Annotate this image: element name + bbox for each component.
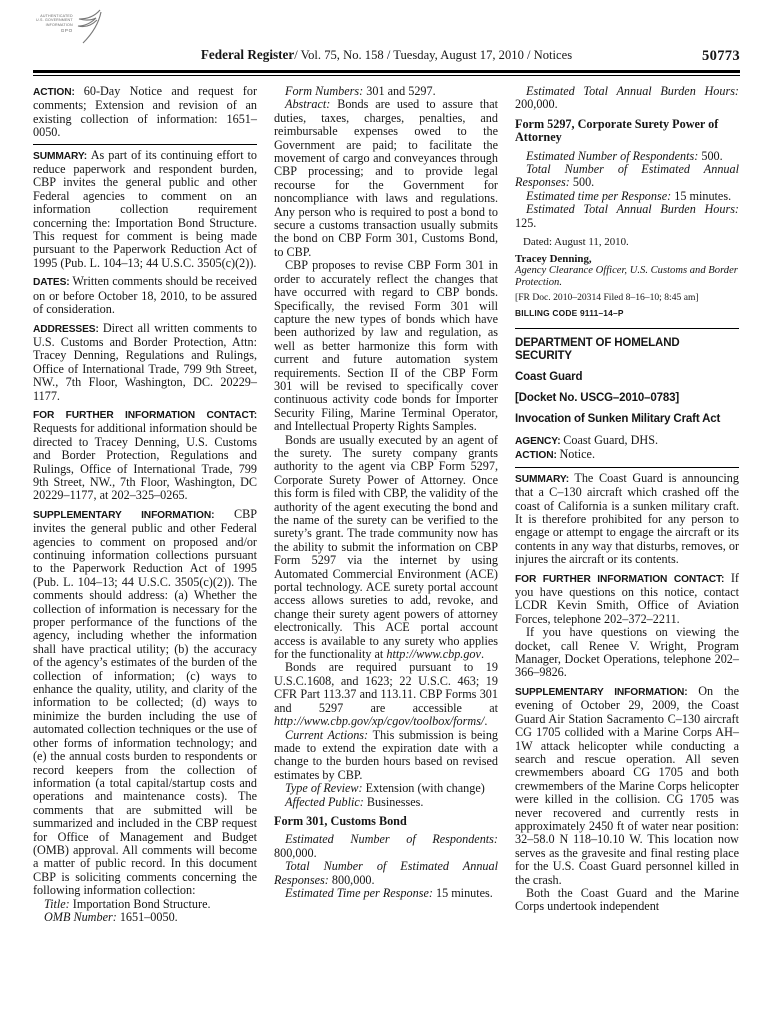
page-number: 50773 [702,48,740,65]
header-title: Federal Register/ Vol. 75, No. 158 / Tue… [201,48,572,62]
action-label: ACTION: [515,450,559,461]
bonds-required-text: Bonds are required pursuant to 19 U.S.C.… [274,660,498,714]
form-numbers-value: 301 and 5297. [366,84,435,98]
respondents-label: Estimated Number of Respondents: [285,832,498,846]
agency-label: AGENCY: [515,436,563,447]
current-actions-label: Current Actions: [285,728,373,742]
type-of-review-label: Type of Review: [285,781,366,795]
respondents-value: 500. [701,149,722,163]
responses-5297-line: Total Number of Estimated Annual Respons… [515,163,739,190]
summary-text: As part of its continuing effort to redu… [33,148,257,270]
agency-text: Coast Guard, DHS. [563,433,658,447]
affected-public-label: Affected Public: [285,795,367,809]
docket-questions-paragraph: If you have questions on viewing the doc… [515,626,739,680]
docket-number-line: [Docket No. USCG–2010–0783] [515,392,739,405]
burden-hours-5297-line: Estimated Total Annual Burden Hours:125. [515,203,739,230]
document-body: ACTION:60-Day Notice and request for com… [33,85,740,924]
action-label: ACTION: [33,87,84,98]
signature-name: Tracey Denning, [515,253,739,266]
burden-hours-value: 125. [515,216,536,230]
addresses-label: ADDRESSES: [33,324,103,335]
time-5297-line: Estimated time per Response:15 minutes. [515,190,739,203]
title-label: Title: [44,897,73,911]
supplementary-paragraph: SUPPLEMENTARY INFORMATION:CBP invites th… [33,508,257,898]
dates-label: DATES: [33,277,72,288]
affected-public-line: Affected Public:Businesses. [274,796,498,809]
type-of-review-line: Type of Review:Extension (with change) [274,782,498,795]
title-value: Importation Bond Structure. [73,897,211,911]
burden-hours-label: Estimated Total Annual Burden Hours: [526,202,739,216]
summary-paragraph: SUMMARY:The Coast Guard is announcing th… [515,472,739,567]
revision-text: CBP proposes to revise CBP Form 301 in o… [274,258,498,433]
supplementary-paragraph: SUPPLEMENTARY INFORMATION:On the evening… [515,685,739,887]
form-numbers-label: Form Numbers: [285,84,366,98]
action-text: Notice. [559,447,595,461]
department-heading: DEPARTMENT OF HOMELAND SECURITY [515,337,739,363]
column-1: ACTION:60-Day Notice and request for com… [33,85,257,924]
respondents-label: Estimated Number of Respondents: [526,149,701,163]
forms-url: http://www.cbp.gov/xp/cgov/toolbox/forms… [274,714,484,728]
responses-label: Total Number of Estimated Annual Respons… [515,162,739,189]
journal-name: Federal Register [201,47,294,62]
coast-guard-heading: Coast Guard [515,371,739,384]
action-paragraph: ACTION:Notice. [515,448,739,462]
burden-hours-value: 200,000. [515,97,558,111]
section-divider [515,467,739,468]
page-header: Federal Register/ Vol. 75, No. 158 / Tue… [33,46,740,66]
burden-hours-301-line: Estimated Total Annual Burden Hours:200,… [515,85,739,112]
further-info-paragraph: FOR FURTHER INFORMATION CONTACT:Requests… [33,408,257,503]
supplementary-text: CBP invites the general public and other… [33,507,257,897]
current-actions-line: Current Actions:This submission is being… [274,729,498,783]
issue-info: / Vol. 75, No. 158 / Tuesday, August 17,… [294,48,572,62]
supplementary-label: SUPPLEMENTARY INFORMATION: [33,510,234,521]
respondents-value: 800,000. [274,846,317,860]
bonds-required-paragraph: Bonds are required pursuant to 19 U.S.C.… [274,661,498,728]
bonds-required-tail: . [484,714,487,728]
form-301-heading: Form 301, Customs Bond [274,815,498,828]
responses-value: 800,000. [332,873,375,887]
responses-line: Total Number of Estimated Annual Respons… [274,860,498,887]
column-3: Estimated Total Annual Burden Hours:200,… [515,85,739,924]
supplementary-label: SUPPLEMENTARY INFORMATION: [515,687,698,698]
form-numbers-line: Form Numbers:301 and 5297. [274,85,498,98]
abstract-label: Abstract: [285,97,337,111]
ace-portal-text: Bonds are usually executed by an agent o… [274,433,498,662]
notice-title: Invocation of Sunken Military Craft Act [515,413,739,426]
summary-label: SUMMARY: [515,474,574,485]
time-label: Estimated time per Response: [526,189,674,203]
omb-label: OMB Number: [44,910,120,924]
section-divider [33,144,257,145]
further-info-text: Requests for additional information shou… [33,421,257,502]
docket-questions-text: If you have questions on viewing the doc… [515,625,739,679]
time-per-response-line: Estimated Time per Response:15 minutes. [274,887,498,900]
gpo-logo-line: GPO [36,29,73,33]
respondents-line: Estimated Number of Respondents:800,000. [274,833,498,860]
fr-doc-line: [FR Doc. 2010–20314 Filed 8–16–10; 8:45 … [515,292,739,304]
ace-portal-paragraph: Bonds are usually executed by an agent o… [274,434,498,662]
affected-public-value: Businesses. [367,795,424,809]
omb-value: 1651–0050. [120,910,178,924]
federal-register-page: AUTHENTICATED U.S. GOVERNMENT INFORMATIO… [0,0,770,1024]
form-5297-heading: Form 5297, Corporate Surety Power of Att… [515,118,739,145]
addresses-paragraph: ADDRESSES:Direct all written comments to… [33,322,257,403]
cbp-url: http://www.cbp.gov [386,647,481,661]
abstract-paragraph: Abstract:Bonds are used to assure that d… [274,98,498,259]
gpo-logo-text: AUTHENTICATED U.S. GOVERNMENT INFORMATIO… [36,8,73,34]
further-info-paragraph: FOR FURTHER INFORMATION CONTACT:If you h… [515,572,739,627]
gpo-authenticated-logo: AUTHENTICATED U.S. GOVERNMENT INFORMATIO… [36,8,108,51]
further-info-label: FOR FURTHER INFORMATION CONTACT: [33,410,257,421]
respondents-5297-line: Estimated Number of Respondents:500. [515,150,739,163]
time-value: 15 minutes. [674,189,731,203]
omb-number-line: OMB Number:1651–0050. [33,911,257,924]
notice-divider [515,328,739,329]
summary-label: SUMMARY: [33,151,91,162]
time-per-response-label: Estimated Time per Response: [285,886,436,900]
title-line: Title:Importation Bond Structure. [33,898,257,911]
type-of-review-value: Extension (with change) [366,781,485,795]
gpo-logo-line: INFORMATION [36,23,73,27]
billing-code-line: BILLING CODE 9111–14–P [515,307,739,320]
gpo-eagle-icon [74,8,108,51]
signature-title: Agency Clearance Officer, U.S. Customs a… [515,265,739,289]
header-logo-row: AUTHENTICATED U.S. GOVERNMENT INFORMATIO… [33,6,740,46]
action-paragraph: ACTION:60-Day Notice and request for com… [33,85,257,140]
burden-hours-label: Estimated Total Annual Burden Hours: [526,84,739,98]
agency-paragraph: AGENCY:Coast Guard, DHS. [515,434,739,448]
abstract-text: Bonds are used to assure that duties, ta… [274,97,498,258]
summary-paragraph: SUMMARY:As part of its continuing effort… [33,149,257,271]
closing-text: Both the Coast Guard and the Marine Corp… [515,886,739,913]
further-info-label: FOR FURTHER INFORMATION CONTACT: [515,574,731,585]
column-2: Form Numbers:301 and 5297. Abstract:Bond… [274,85,498,924]
ace-portal-tail: . [481,647,484,661]
time-per-response-value: 15 minutes. [436,886,493,900]
dates-paragraph: DATES:Written comments should be receive… [33,275,257,316]
header-rule [33,70,740,76]
summary-text: The Coast Guard is announcing that a C–1… [515,471,739,566]
responses-value: 500. [573,175,594,189]
revision-paragraph: CBP proposes to revise CBP Form 301 in o… [274,259,498,433]
closing-paragraph: Both the Coast Guard and the Marine Corp… [515,887,739,914]
dated-line: Dated: August 11, 2010. [515,236,739,249]
supplementary-text: On the evening of October 29, 2009, the … [515,684,739,887]
responses-label: Total Number of Estimated Annual Respons… [274,859,498,886]
